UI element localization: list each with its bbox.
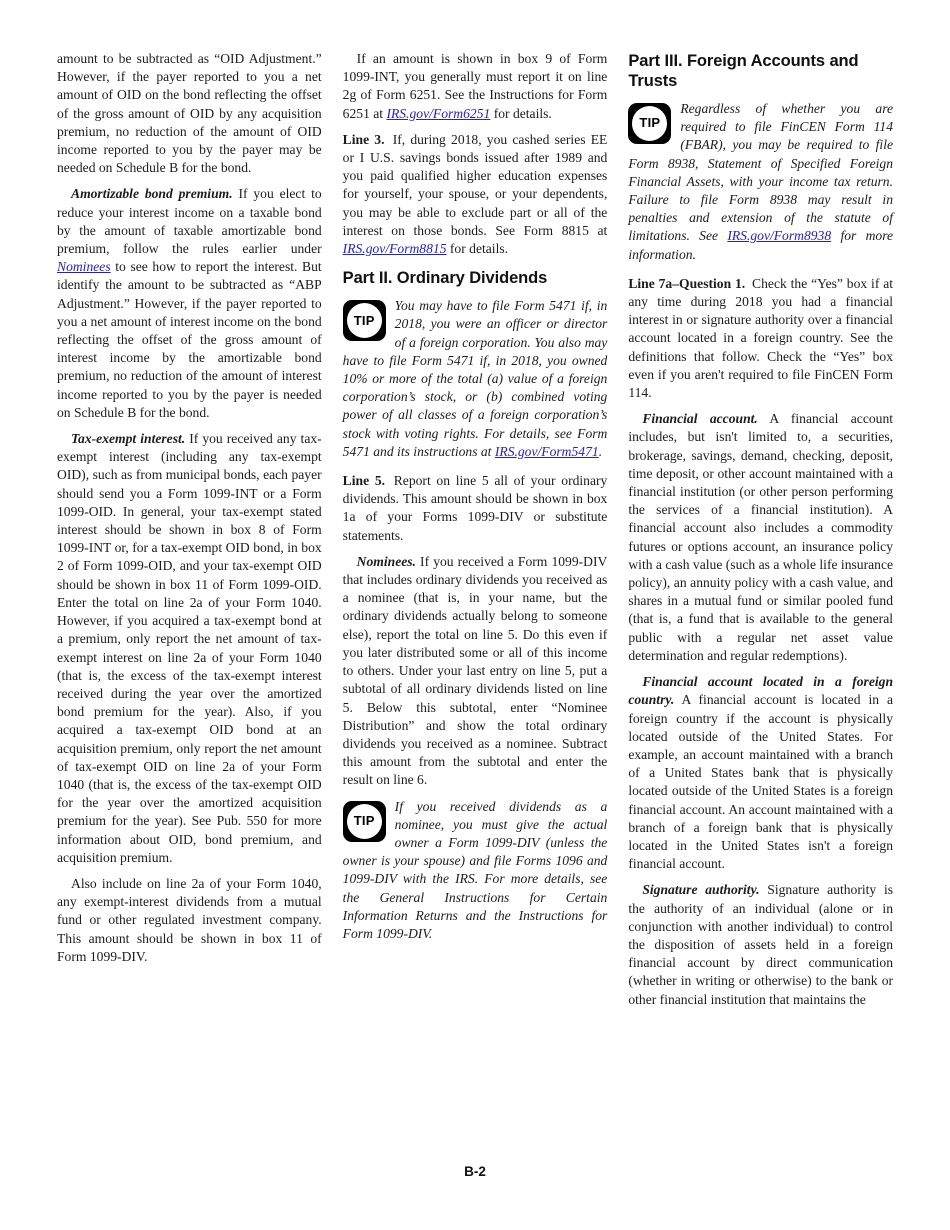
bold-italic-lead: Signature authority. bbox=[642, 882, 759, 897]
bold-lead: Line 5. bbox=[343, 473, 388, 488]
bold-italic-lead: Nominees. bbox=[357, 554, 416, 569]
columns-container: amount to be subtracted as “OID Adjustme… bbox=[57, 50, 893, 1017]
text-run: for details. bbox=[490, 106, 552, 121]
tip-icon-label: TIP bbox=[632, 106, 667, 141]
paragraph: amount to be subtracted as “OID Adjustme… bbox=[57, 50, 322, 177]
text-run: to see how to report the interest. But i… bbox=[57, 259, 322, 420]
bold-lead: Line 7a–Question 1. bbox=[628, 276, 748, 291]
column-2: If an amount is shown in box 9 of Form 1… bbox=[343, 50, 608, 1017]
text-run: Signature authority is the authority of … bbox=[628, 882, 893, 1006]
paragraph: Financial account. A financial account i… bbox=[628, 410, 893, 665]
paragraph: Line 3. If, during 2018, you cashed seri… bbox=[343, 131, 608, 258]
text-run: A financial account is located in a fore… bbox=[628, 692, 893, 871]
paragraph: Nominees. If you received a Form 1099-DI… bbox=[343, 553, 608, 790]
paragraph: Line 7a–Question 1. Check the “Yes” box … bbox=[628, 275, 893, 402]
paragraph: Signature authority. Signature authority… bbox=[628, 881, 893, 1008]
paragraph: Line 5. Report on line 5 all of your ord… bbox=[343, 472, 608, 545]
paragraph: Also include on line 2a of your Form 104… bbox=[57, 875, 322, 966]
text-run: A financial account includes, but isn't … bbox=[628, 411, 893, 663]
tip-icon: TIP bbox=[343, 300, 386, 341]
paragraph: Tax-exempt interest. If you received any… bbox=[57, 430, 322, 867]
text-run: If you received any tax-exempt interest … bbox=[57, 431, 322, 865]
hyperlink[interactable]: IRS.gov/Form8938 bbox=[727, 228, 831, 243]
hyperlink[interactable]: IRS.gov/Form6251 bbox=[386, 106, 490, 121]
hyperlink[interactable]: IRS.gov/Form8815 bbox=[343, 241, 447, 256]
text-run: If, during 2018, you cashed series EE or… bbox=[343, 132, 608, 238]
section-heading: Part II. Ordinary Dividends bbox=[343, 268, 608, 288]
text-run: amount to be subtracted as “OID Adjustme… bbox=[57, 51, 322, 175]
document-page: amount to be subtracted as “OID Adjustme… bbox=[0, 0, 950, 1230]
hyperlink[interactable]: Nominees bbox=[57, 259, 111, 274]
section-heading: Part III. Foreign Accounts and Trusts bbox=[628, 51, 893, 91]
tip-block: TIPRegardless of whether you are require… bbox=[628, 100, 893, 264]
column-3: Part III. Foreign Accounts and TrustsTIP… bbox=[628, 50, 893, 1017]
paragraph: Financial account located in a foreign c… bbox=[628, 673, 893, 873]
tip-icon: TIP bbox=[343, 801, 386, 842]
text-run: Check the “Yes” box if at any time durin… bbox=[628, 276, 893, 400]
text-run: If you received a Form 1099-DIV that inc… bbox=[343, 554, 608, 787]
bold-lead: Line 3. bbox=[343, 132, 388, 147]
bold-italic-lead: Amortizable bond premium. bbox=[71, 186, 233, 201]
text-run: for details. bbox=[447, 241, 509, 256]
page-number: B-2 bbox=[0, 1164, 950, 1179]
tip-icon: TIP bbox=[628, 103, 671, 144]
text-run: Also include on line 2a of your Form 104… bbox=[57, 876, 322, 964]
column-1: amount to be subtracted as “OID Adjustme… bbox=[57, 50, 322, 1017]
tip-block: TIPYou may have to file Form 5471 if, in… bbox=[343, 297, 608, 461]
italic-run: . bbox=[599, 444, 602, 459]
tip-icon-label: TIP bbox=[347, 804, 382, 839]
tip-icon-label: TIP bbox=[347, 303, 382, 338]
paragraph: If an amount is shown in box 9 of Form 1… bbox=[343, 50, 608, 123]
hyperlink[interactable]: IRS.gov/Form5471 bbox=[495, 444, 599, 459]
tip-block: TIPIf you received dividends as a nomine… bbox=[343, 798, 608, 944]
bold-italic-lead: Financial account. bbox=[642, 411, 757, 426]
paragraph: Amortizable bond premium. If you elect t… bbox=[57, 185, 322, 422]
bold-italic-lead: Tax-exempt interest. bbox=[71, 431, 185, 446]
